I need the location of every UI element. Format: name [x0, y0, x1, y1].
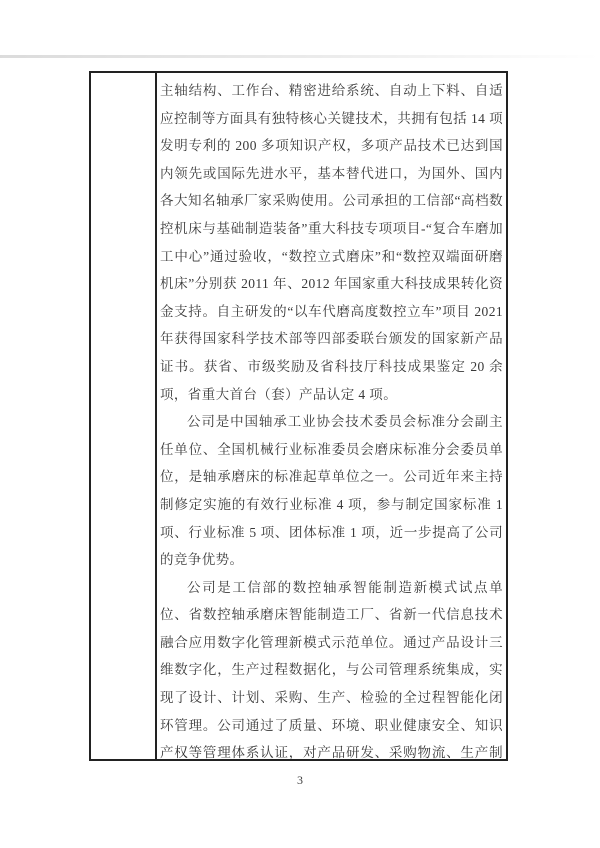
paragraph: 主轴结构、工作台、精密进给系统、自动上下料、自适应控制等方面具有独特核心关键技术…: [160, 77, 503, 408]
paragraph: 公司是中国轴承工业协会技术委员会标准分会副主任单位、全国机械行业标准委员会磨床标…: [160, 408, 503, 574]
content-table: 主轴结构、工作台、精密进给系统、自动上下料、自适应控制等方面具有独特核心关键技术…: [89, 71, 508, 761]
table-content-cell: 主轴结构、工作台、精密进给系统、自动上下料、自适应控制等方面具有独特核心关键技术…: [157, 73, 506, 759]
paragraph: 公司是工信部的数控轴承智能制造新模式试点单位、省数控轴承磨床智能制造工厂、省新一…: [160, 574, 503, 759]
table-stub-column: [91, 73, 157, 759]
document-page: 主轴结构、工作台、精密进给系统、自动上下料、自适应控制等方面具有独特核心关键技术…: [0, 0, 600, 848]
page-number: 3: [0, 773, 600, 788]
scan-artifact-line: [0, 55, 600, 58]
